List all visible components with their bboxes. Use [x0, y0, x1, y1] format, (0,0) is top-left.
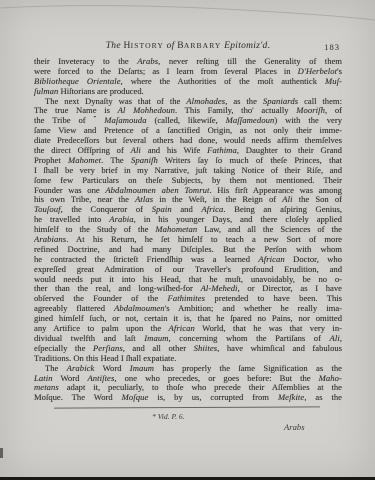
text-line: metans adapt it, peculiarly, to thoſe wh…: [34, 383, 342, 393]
text-line: ther than the real, and long-wiſhed-for …: [34, 284, 342, 294]
text-line: any Artifice to palm upon the African Wo…: [34, 324, 342, 334]
text-line: Traditions. On this Head I ſhall expatia…: [34, 354, 342, 364]
text-line: The true Name is Al Mohhedoun. This Fami…: [34, 106, 342, 116]
footnote: * Vid. P. 6.: [152, 412, 185, 421]
page-header: The HISTORY of BARBARY Epitomiz'd. 183: [34, 41, 342, 53]
text-line: Latin Word Antiſtes, one who precedes, o…: [34, 374, 342, 384]
page-number: 183: [324, 42, 340, 52]
text-line: he contracted the ſtricteſt Friendſhip w…: [34, 255, 342, 265]
text-line: ſame View and Pretence of a ſanctified O…: [34, 126, 342, 136]
text-line: Prophet Mahomet. The Spaniſh Writers ſay…: [34, 156, 342, 166]
text-line: Bibliotheque Orientale, where the Author…: [34, 77, 342, 87]
page-edge-artifact: [0, 0, 375, 30]
text-line: The Arabick Word Imaum has properly the …: [34, 364, 342, 374]
text-line: expreſſed great Admiration of our Travel…: [34, 265, 342, 275]
catchword: Arabs: [284, 422, 305, 432]
text-line: agreeably flattered Abdalmoumen's Ambiti…: [34, 304, 342, 314]
text-line: dividual twelfth and laſt Imaum, concern…: [34, 334, 342, 344]
text-line: I ſhall be very brief in my Narrative, j…: [34, 166, 342, 176]
text-line: gined himſelf ſuch, or not, certain it i…: [34, 314, 342, 324]
text-line: Moſque. The Word Moſque is, by us, corru…: [34, 393, 342, 403]
text-line: refined Doctrine, and had many Diſciples…: [34, 245, 342, 255]
text-line: the direct Offſpring of Ali and his Wife…: [34, 146, 342, 156]
text-line: obſerved the Founder of the Fathimites p…: [34, 294, 342, 304]
page-text: their Inveteracy to the Arabs, never reſ…: [34, 57, 342, 403]
text-line: their Inveteracy to the Arabs, never reſ…: [34, 57, 342, 67]
text-line: Founder was one Abdalmoumen aben Tomrut.…: [34, 186, 342, 196]
text-line: Arabians. At his Return, he ſet himſelf …: [34, 235, 342, 245]
text-line: would needs put it into his Head, that h…: [34, 275, 342, 285]
text-line: The next Dynaſty was that of the Almohad…: [34, 97, 342, 107]
text-line: his own Tribe, near the Atlas in the Weſ…: [34, 195, 342, 205]
text-line: Touſouf, the Conqueror of Spain and Afri…: [34, 205, 342, 215]
text-line: ſome few Particulars on theſe Subjects, …: [34, 176, 342, 186]
text-line: himſelf to the Study of the Mahometan La…: [34, 225, 342, 235]
text-line: the Tribe of * Maſamouda (called, likewi…: [34, 116, 342, 126]
footnote-rule: [54, 406, 320, 408]
text-line: were forced to the Deſarts; as I learn f…: [34, 67, 342, 77]
scanned-book-page: The HISTORY of BARBARY Epitomiz'd. 183 t…: [0, 0, 375, 480]
text-line: ſulman Hiſtorians are produced.: [34, 87, 342, 97]
page-title: The HISTORY of BARBARY Epitomiz'd.: [34, 41, 342, 51]
text-line: he travelled into Arabia, in his younger…: [34, 215, 342, 225]
text-line: diate Predeceſſors but ſeveral others ha…: [34, 136, 342, 146]
scan-mark: [0, 448, 3, 458]
text-line: eſpecially the Perſians, and all other S…: [34, 344, 342, 354]
